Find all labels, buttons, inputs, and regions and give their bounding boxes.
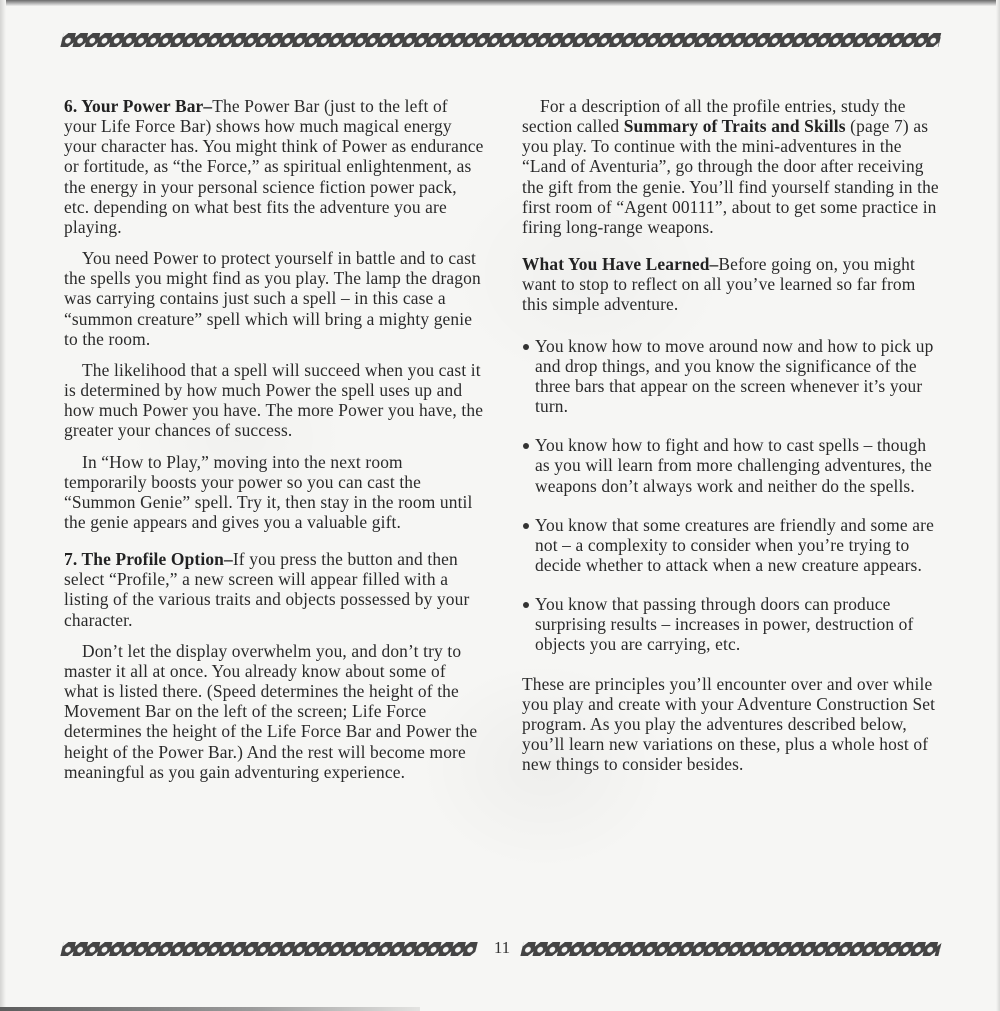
section-6-intro: 6. Your Power Bar–The Power Bar (just to… [64, 96, 484, 237]
bullet-icon [523, 523, 529, 529]
scan-left-edge [0, 0, 6, 1011]
scan-bottom-edge [0, 1007, 420, 1011]
left-column: 6. Your Power Bar–The Power Bar (just to… [64, 96, 484, 793]
summary-of-traits-reference: Summary of Traits and Skills [624, 116, 846, 136]
chain-border-bottom-right-icon [520, 942, 941, 956]
section-6-paragraph-3: The likelihood that a spell will succeed… [64, 360, 484, 441]
learned-bullet-list: You know how to move around now and how … [522, 336, 940, 655]
chain-border-bottom-left-icon [60, 942, 477, 956]
list-item: You know that passing through doors can … [522, 594, 940, 654]
list-item: You know how to move around now and how … [522, 336, 940, 417]
scan-top-edge [0, 0, 1000, 6]
what-you-have-learned-intro: What You Have Learned–Before going on, y… [522, 254, 940, 314]
closing-paragraph: These are principles you’ll encounter ov… [522, 674, 940, 775]
scan-right-edge [996, 0, 1000, 1011]
section-6-paragraph-4: In “How to Play,” moving into the next r… [64, 452, 484, 533]
section-6-heading: 6. Your Power Bar [64, 96, 203, 116]
section-7-paragraph-2: Don’t let the display overwhelm you, and… [64, 641, 484, 782]
bullet-icon [523, 443, 529, 449]
bullet-icon [523, 602, 529, 608]
section-6-paragraph-2: You need Power to protect yourself in ba… [64, 248, 484, 349]
list-item: You know how to fight and how to cast sp… [522, 435, 940, 495]
page-number: 11 [487, 938, 517, 958]
right-column: For a description of all the profile ent… [522, 96, 940, 785]
list-item: You know that some creatures are friendl… [522, 515, 940, 575]
chain-border-top-icon [60, 33, 941, 47]
bullet-icon [523, 344, 529, 350]
what-you-have-learned-heading: What You Have Learned [522, 254, 710, 274]
profile-entries-paragraph: For a description of all the profile ent… [522, 96, 940, 237]
section-7-heading: 7. The Profile Option [64, 549, 224, 569]
section-7-intro: 7. The Profile Option–If you press the b… [64, 549, 484, 630]
